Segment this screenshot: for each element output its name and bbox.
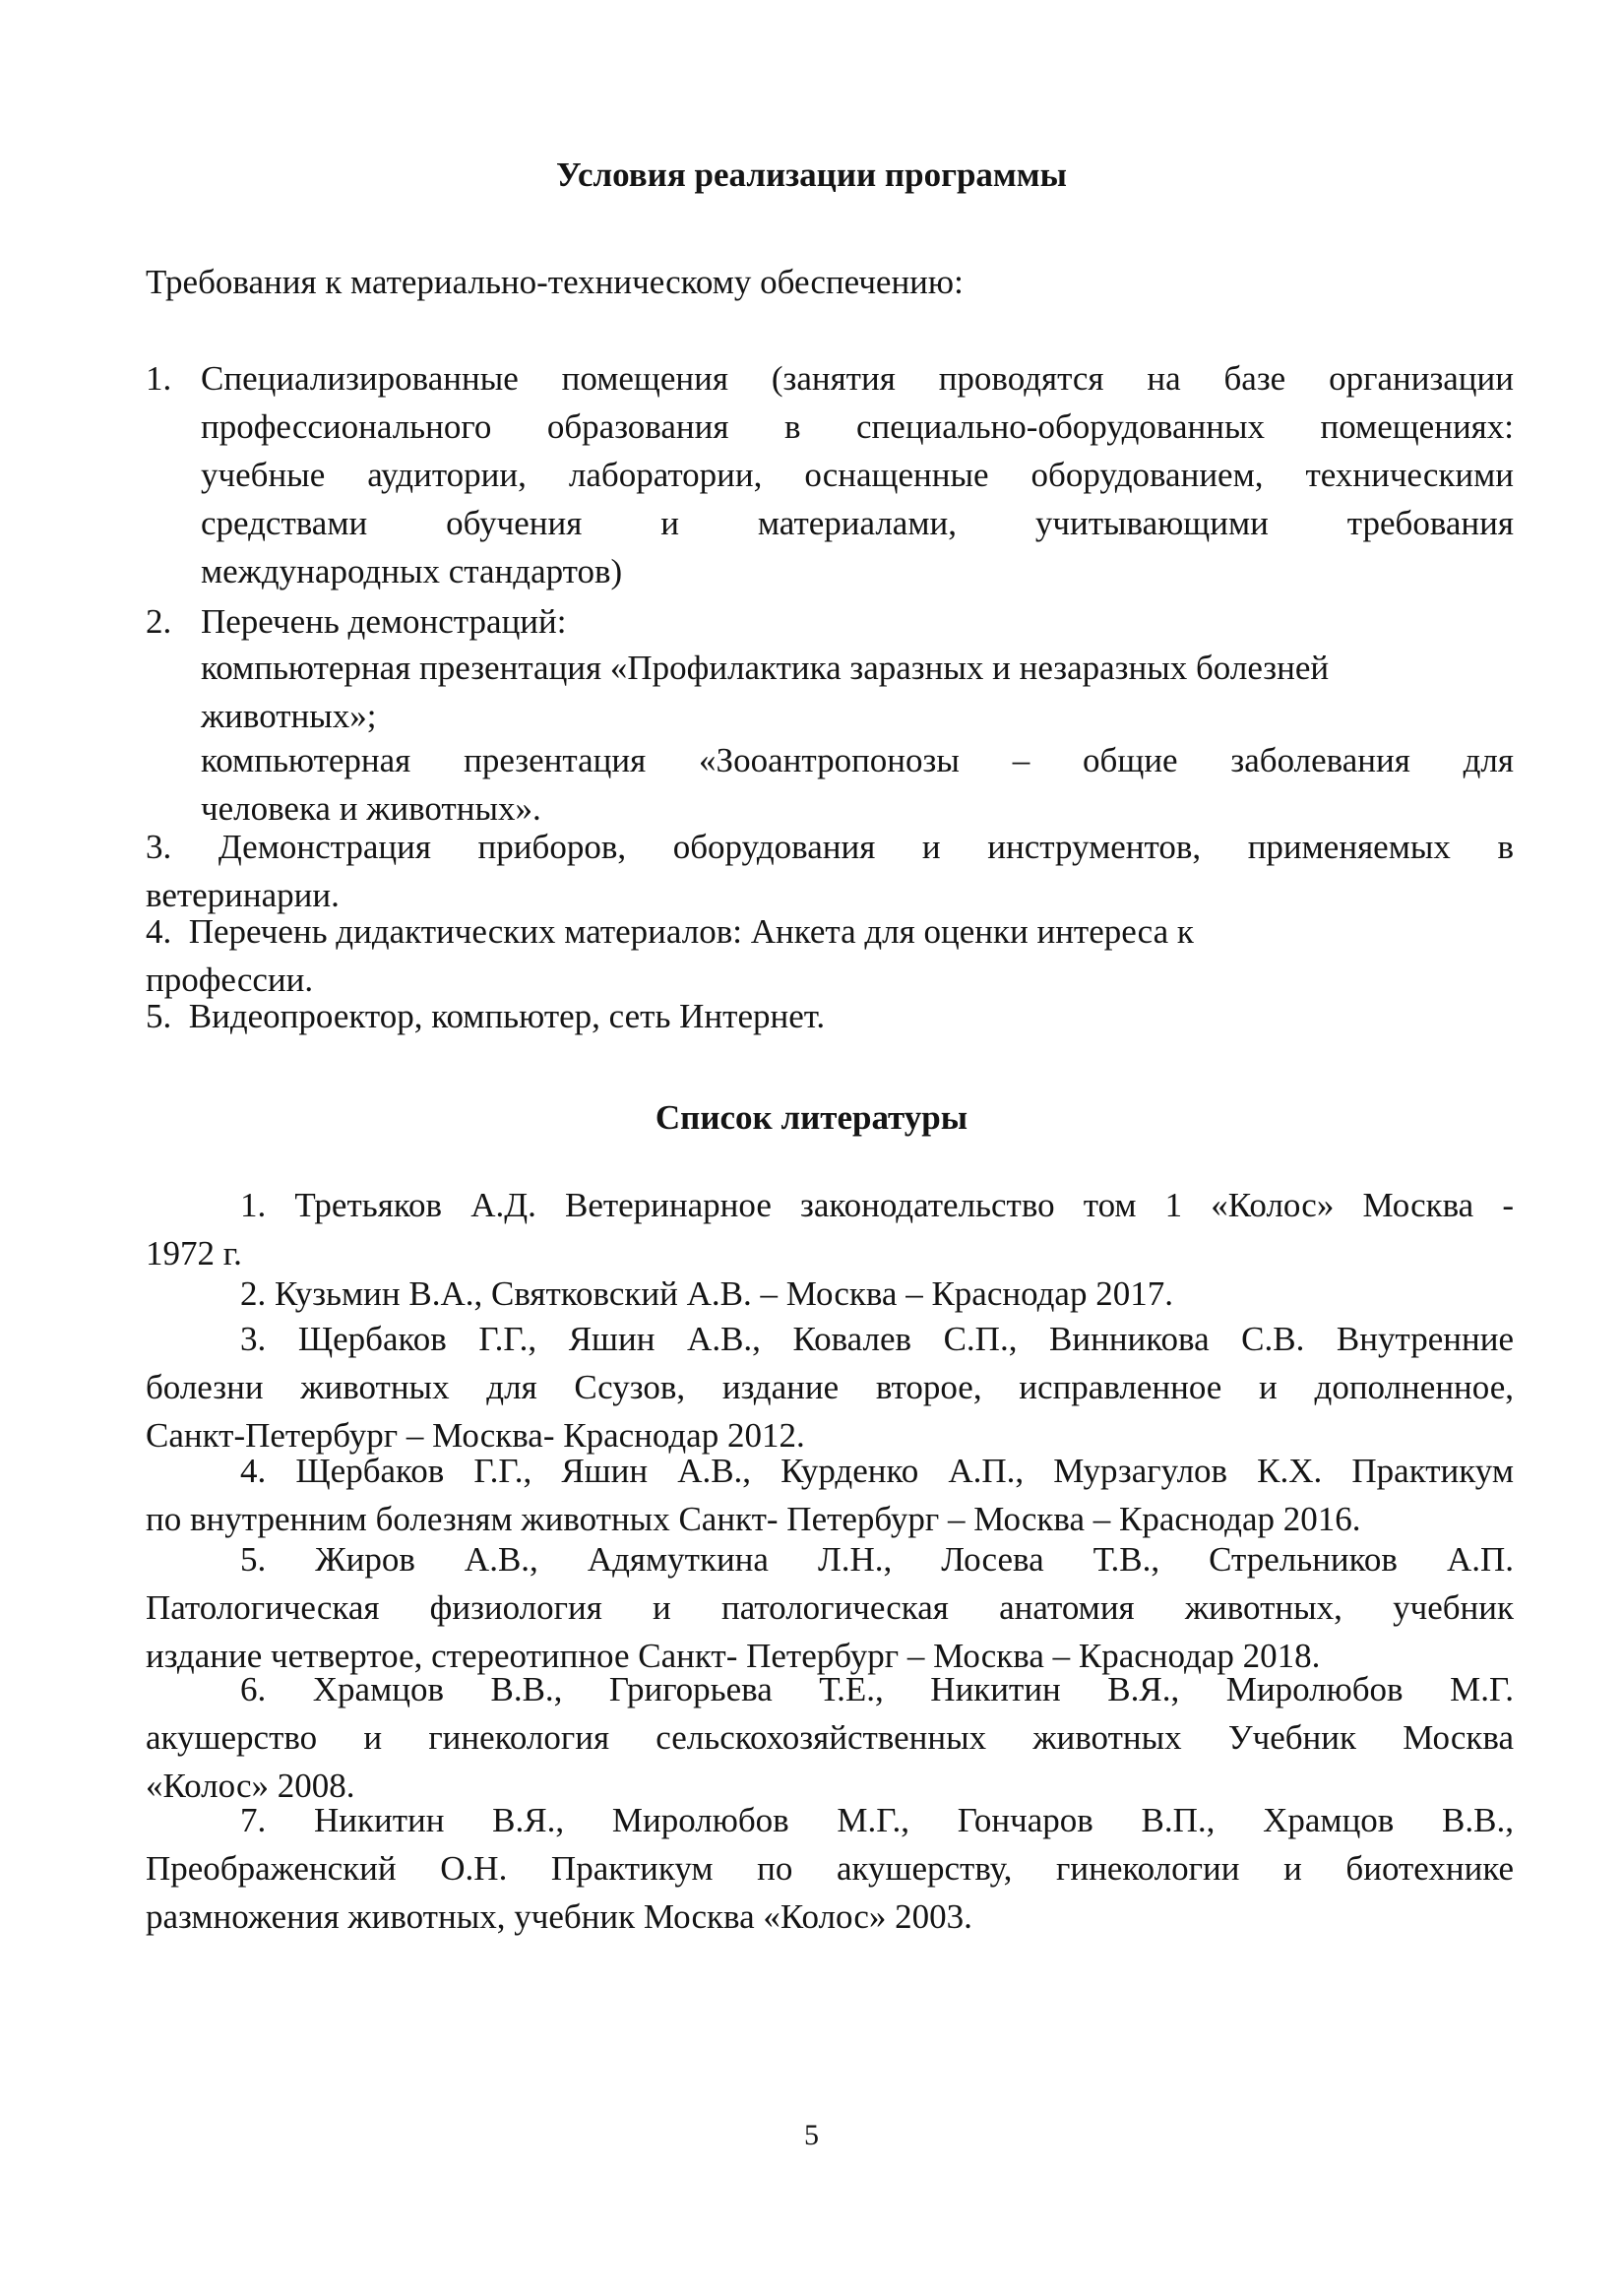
requirements-intro: Требования к материально-техническому об… — [146, 258, 964, 306]
item-line: 5. Видеопроектор, компьютер, сеть Интерн… — [146, 992, 1514, 1040]
item-line: учебные аудитории, лаборатории, оснащенн… — [201, 451, 1514, 499]
reference-5: 5. Жиров А.В., Адямуткина Л.Н., Лосева Т… — [146, 1535, 1514, 1680]
reference-line: 5. Жиров А.В., Адямуткина Л.Н., Лосева Т… — [146, 1535, 1514, 1583]
reference-line: 2. Кузьмин В.А., Святковский А.В. – Моск… — [146, 1270, 1514, 1318]
reference-2: 2. Кузьмин В.А., Святковский А.В. – Моск… — [146, 1270, 1514, 1318]
item-body: Перечень демонстраций: — [201, 597, 1514, 646]
reference-line: 3. Щербаков Г.Г., Яшин А.В., Ковалев С.П… — [146, 1315, 1514, 1363]
requirement-item-4: 4. Перечень дидактических материалов: Ан… — [146, 907, 1327, 1004]
item-text: Демонстрация приборов, оборудования и ин… — [218, 828, 1514, 866]
reference-line: болезни животных для Ссузов, издание вто… — [146, 1363, 1514, 1411]
section-title-conditions: Условия реализации программы — [0, 155, 1623, 195]
reference-1: 1. Третьяков А.Д. Ветеринарное законодат… — [146, 1181, 1514, 1277]
reference-3: 3. Щербаков Г.Г., Яшин А.В., Ковалев С.П… — [146, 1315, 1514, 1459]
item-number: 2. — [146, 597, 171, 646]
reference-line: размножения животных, учебник Москва «Ко… — [146, 1893, 1514, 1941]
reference-line: акушерство и гинекология сельскохозяйств… — [146, 1713, 1514, 1762]
requirement-item-2: 2. Перечень демонстраций: — [146, 597, 1514, 646]
item-body: Специализированные помещения (занятия пр… — [201, 354, 1514, 595]
reference-6: 6. Храмцов В.В., Григорьева Т.Е., Никити… — [146, 1665, 1514, 1810]
reference-line: 4. Щербаков Г.Г., Яшин А.В., Курденко А.… — [146, 1447, 1514, 1495]
item-text: Видеопроектор, компьютер, сеть Интернет. — [189, 997, 825, 1035]
reference-line: 1. Третьяков А.Д. Ветеринарное законодат… — [146, 1181, 1514, 1229]
reference-line: Преображенский О.Н. Практикум по акушерс… — [146, 1844, 1514, 1893]
reference-4: 4. Щербаков Г.Г., Яшин А.В., Курденко А.… — [146, 1447, 1514, 1543]
requirement-item-5: 5. Видеопроектор, компьютер, сеть Интерн… — [146, 992, 1514, 1040]
document-page: Условия реализации программы Требования … — [0, 0, 1623, 2296]
reference-7: 7. Никитин В.Я., Миролюбов М.Г., Гончаро… — [146, 1796, 1514, 1941]
page-number: 5 — [0, 2118, 1623, 2153]
item-line: международных стандартов) — [201, 547, 1514, 595]
demo-presentation-2: компьютерная презентация «Зооантропонозы… — [201, 736, 1514, 833]
reference-line: 7. Никитин В.Я., Миролюбов М.Г., Гончаро… — [146, 1796, 1514, 1844]
requirement-item-1: 1. Специализированные помещения (занятия… — [146, 354, 1514, 595]
requirement-item-3: 3. Демонстрация приборов, оборудования и… — [146, 823, 1514, 919]
item-line: профессионального образования в специаль… — [201, 403, 1514, 451]
item-number: 5. — [146, 997, 171, 1035]
item-number: 3. — [146, 828, 171, 866]
item-number: 4. — [146, 912, 171, 951]
item-number: 1. — [146, 354, 171, 403]
item-text: Перечень дидактических материалов: Анкет… — [189, 912, 1194, 951]
reference-line: 6. Храмцов В.В., Григорьева Т.Е., Никити… — [146, 1665, 1514, 1713]
demo-line: компьютерная презентация «Профилактика з… — [201, 644, 1470, 692]
reference-line: Патологическая физиология и патологическ… — [146, 1583, 1514, 1632]
demo-line: компьютерная презентация «Зооантропонозы… — [201, 736, 1514, 784]
section-title-literature: Список литературы — [0, 1098, 1623, 1138]
item-line: 3. Демонстрация приборов, оборудования и… — [146, 823, 1514, 871]
item-label: Перечень демонстраций: — [201, 597, 1514, 646]
demo-presentation-1: компьютерная презентация «Профилактика з… — [201, 644, 1470, 740]
item-line: Специализированные помещения (занятия пр… — [201, 354, 1514, 403]
item-line: средствами обучения и материалами, учиты… — [201, 499, 1514, 547]
item-line: 4. Перечень дидактических материалов: Ан… — [146, 907, 1327, 956]
demo-line: животных»; — [201, 692, 1470, 740]
